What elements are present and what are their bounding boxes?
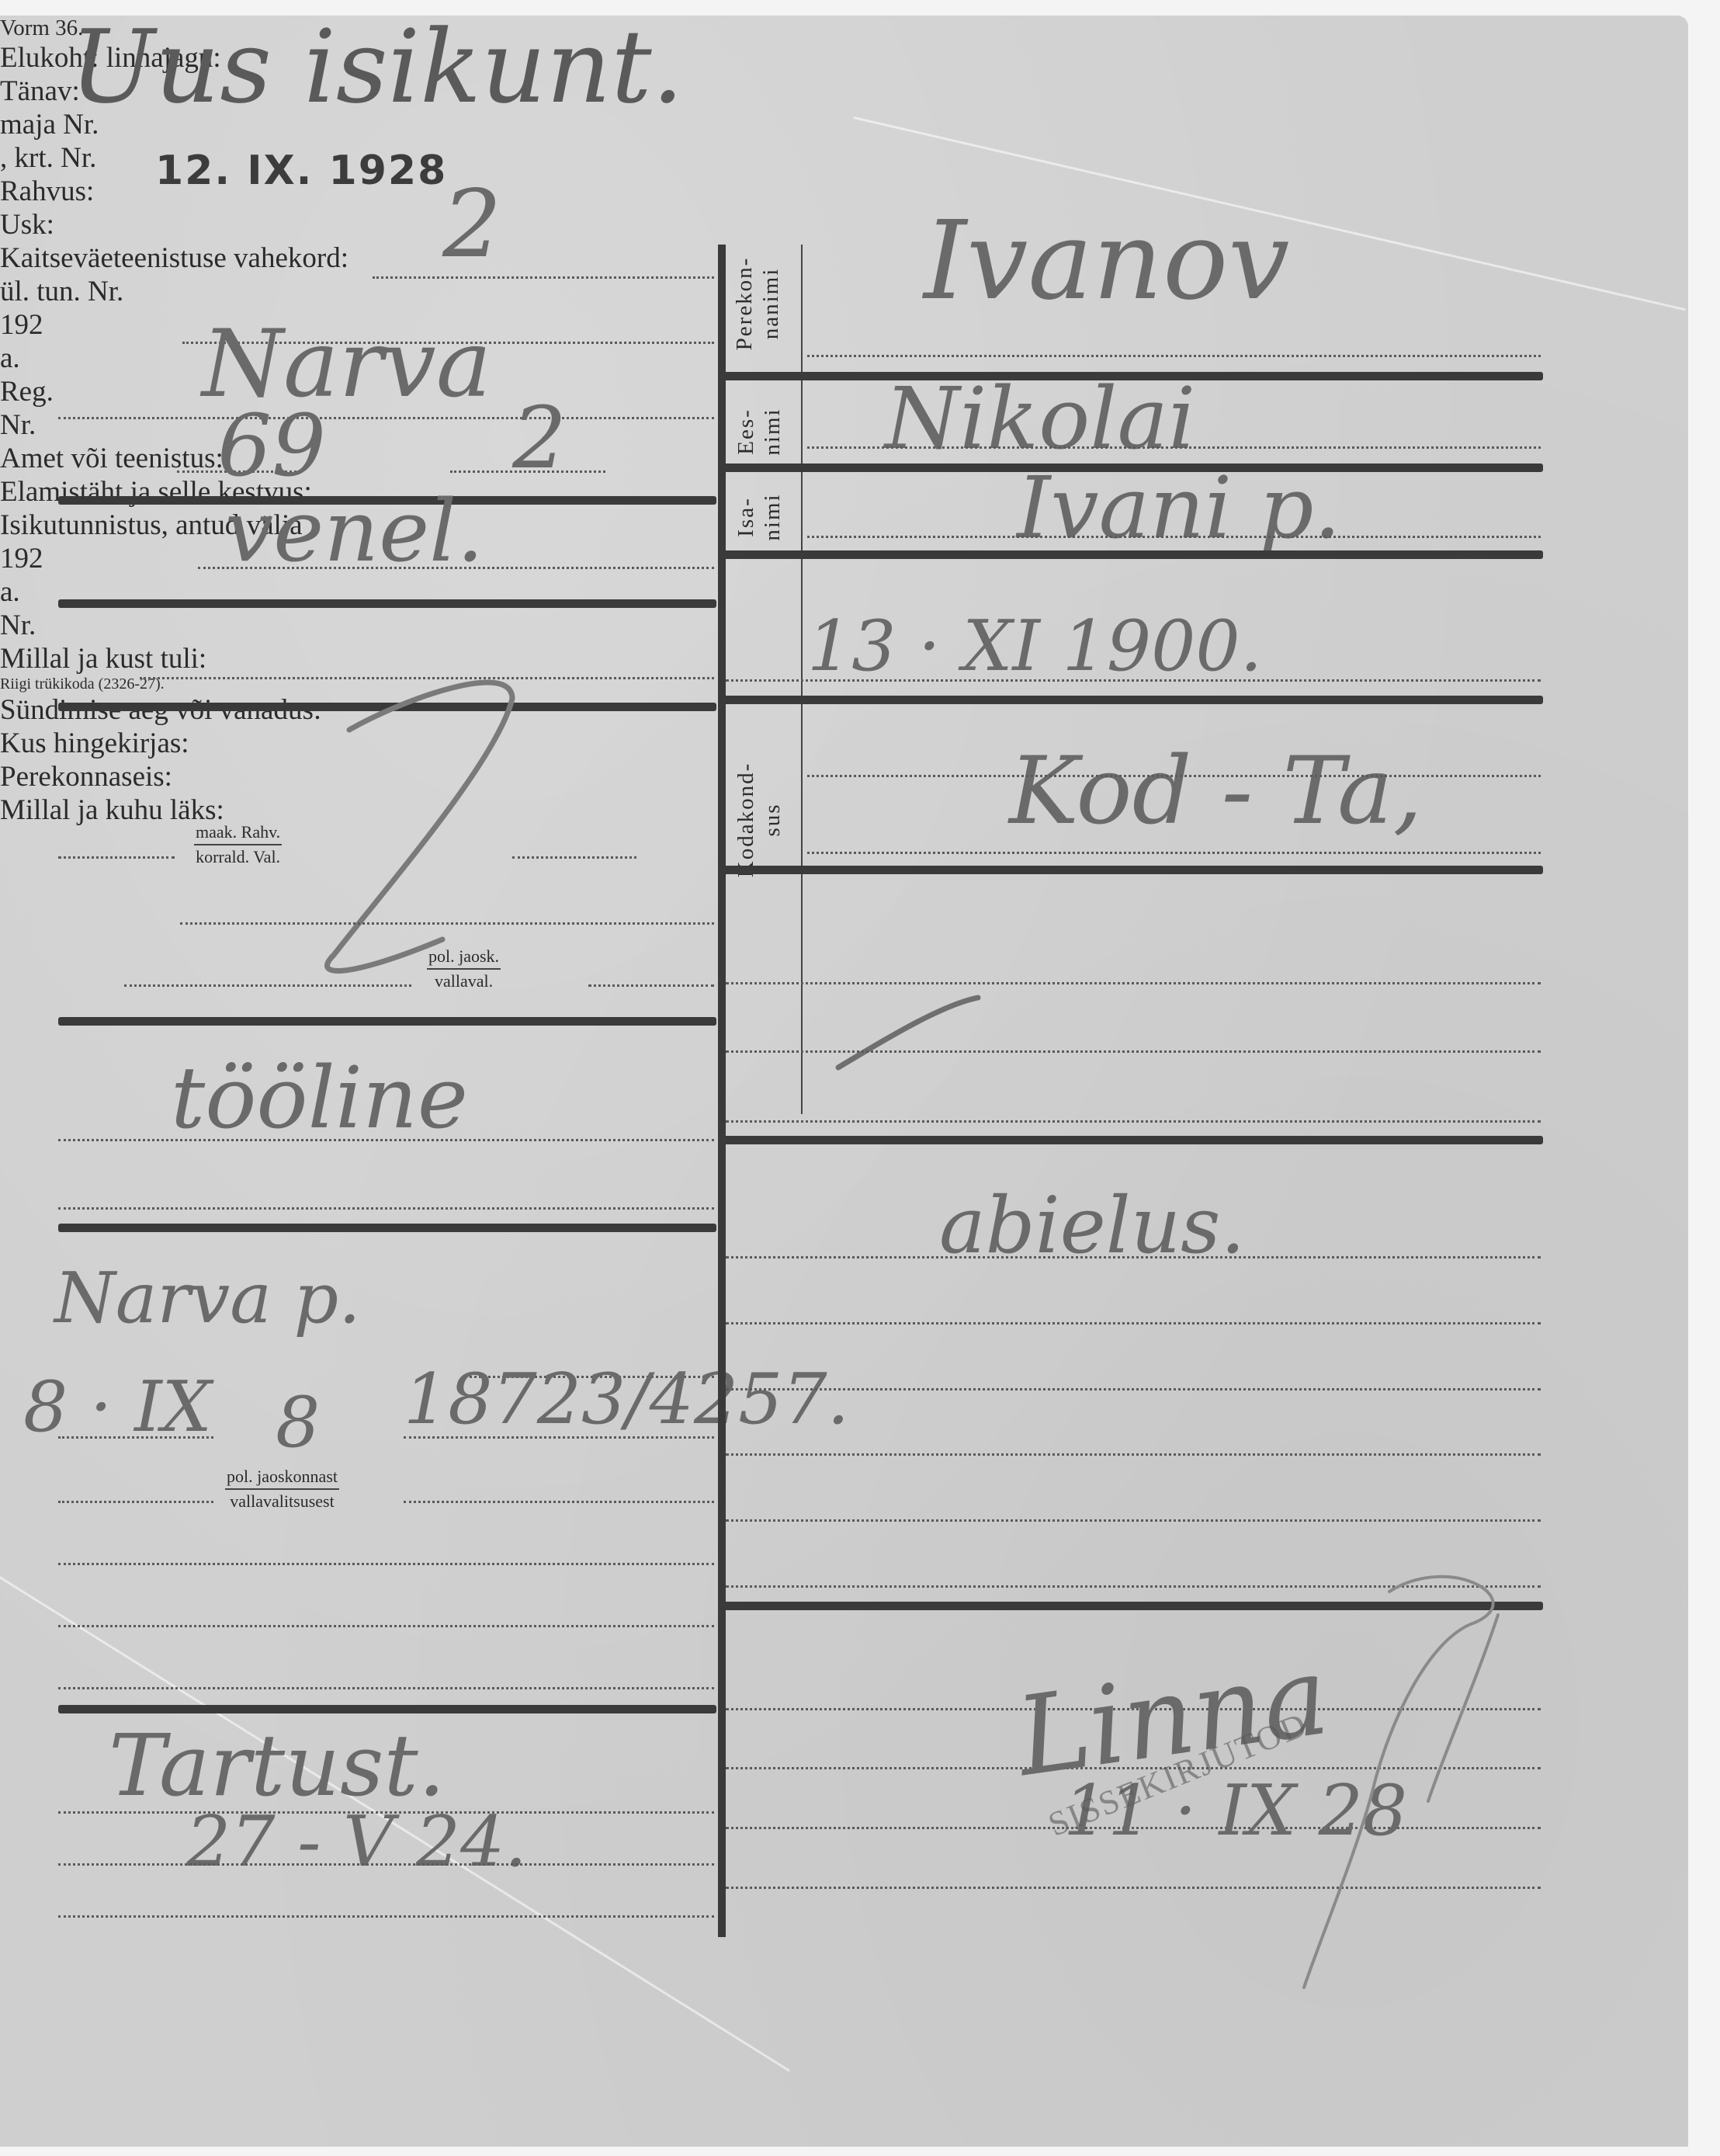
arrival-date: 27 - V 24. (186, 1801, 527, 1883)
arrival-line-2 (58, 1863, 714, 1866)
military-year-line (180, 922, 714, 925)
parish-register-dash-mark (831, 990, 986, 1075)
section-rule (722, 1136, 1543, 1144)
residence-value: 2 (442, 171, 501, 279)
military-line-1b (512, 856, 636, 859)
section-rule (58, 1017, 716, 1026)
parish-register-line-1 (726, 982, 1541, 984)
occupation-line-1 (58, 1139, 714, 1141)
birth-line (726, 679, 1541, 682)
patronymic-side-label: Isa- nimi (733, 478, 789, 556)
house-value: 69 (217, 396, 326, 495)
military-nr-line (588, 984, 714, 987)
military-line-1a (58, 856, 175, 859)
occupation-line-2 (58, 1207, 714, 1210)
id-document-line-2 (58, 1436, 213, 1439)
apartment-value: 2 (512, 388, 567, 488)
birth-value: 13 · XI 1900. (807, 606, 1262, 687)
residence-status-value: Narva p. (54, 1258, 361, 1339)
id-document-line-7 (58, 1687, 714, 1689)
section-rule (722, 550, 1543, 559)
section-rule (58, 1224, 716, 1232)
parish-register-line-3 (726, 1120, 1541, 1123)
citizenship-line-2 (807, 852, 1541, 854)
residence-line (373, 276, 714, 279)
occupation-value: tööline (171, 1048, 468, 1147)
id-year-digit: 8 (276, 1382, 320, 1463)
patronymic-value: Ivani p. (1017, 458, 1341, 557)
citizenship-value: Kod - Ta, (1009, 738, 1423, 845)
id-number-value: 18723/4257. (404, 1359, 849, 1440)
surname-side-label: Perekon- nanimi (731, 234, 787, 373)
citizenship-line-1 (807, 775, 1541, 777)
first-name-side-label: Ees- nimi (733, 389, 789, 474)
marital-line-1 (726, 1256, 1541, 1259)
signature-mark (1273, 1568, 1537, 2003)
marital-line-2 (726, 1322, 1541, 1324)
first-name-line (807, 446, 1541, 449)
military-line1-suffix: ül. tun. Nr. (0, 275, 1688, 308)
parish-register-line-2 (726, 1050, 1541, 1053)
citizenship-side-label: Kodakond- sus (733, 727, 789, 913)
id-document-line-5 (58, 1563, 714, 1565)
religion-label: Usk: (0, 208, 1688, 241)
military-heading: Kaitseväeteenistuse vahekord: (0, 241, 1688, 275)
section-rule (722, 696, 1543, 704)
military-reg-line (124, 984, 411, 987)
marital-line-3 (726, 1388, 1541, 1390)
id-document-line-6 (58, 1625, 714, 1627)
section-rule (58, 599, 716, 608)
section-rule (722, 866, 1543, 874)
arrival-line-3 (58, 1915, 714, 1918)
nationality-value: venel. (225, 481, 484, 581)
header-handwriting: Uus isikunt. (70, 8, 684, 126)
surname-line (807, 355, 1541, 357)
column-divider (718, 245, 726, 1937)
marital-line-5 (726, 1519, 1541, 1522)
date-stamp: 12. IX. 1928 (155, 148, 447, 194)
registration-form-sheet: Uus isikunt. 12. IX. 1928 Vorm 36. Eluko… (0, 16, 1688, 2147)
marital-line-4 (726, 1453, 1541, 1456)
military-fraction-2: pol. jaosk.vallaval. (427, 947, 501, 991)
patronymic-line (807, 536, 1541, 538)
id-document-line-3 (58, 1501, 213, 1503)
section-rule (58, 1705, 716, 1713)
id-document-line-4 (404, 1501, 714, 1503)
military-fraction-1: maak. Rahv.korrald. Val. (194, 823, 282, 866)
id-fraction: pol. jaoskonnastvallavalitsusest (225, 1467, 339, 1511)
arrival-place: Tartust. (109, 1716, 446, 1815)
surname-value: Ivanov (924, 198, 1289, 325)
first-name-value: Nikolai (885, 369, 1195, 468)
